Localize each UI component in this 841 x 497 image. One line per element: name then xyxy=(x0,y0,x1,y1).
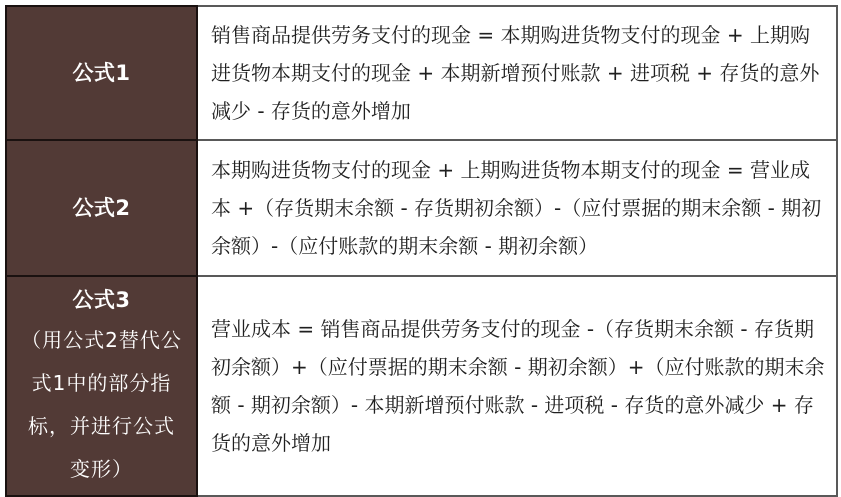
formula-1-text: 销售商品提供劳务支付的现金 = 本期购进货物支付的现金 + 上期购进货物本期支付… xyxy=(211,23,819,123)
formula-2-label: 公式2 xyxy=(21,189,182,227)
formula-3-text-cell: 营业成本 = 销售商品提供劳务支付的现金 -（存货期末余额 - 存货期初余额）+… xyxy=(197,276,837,496)
formula-2-label-cell: 公式2 xyxy=(6,140,197,276)
formula-3-label: 公式3 xyxy=(21,281,182,319)
formula-2-text-cell: 本期购进货物支付的现金 + 上期购进货物本期支付的现金 = 营业成本 +（存货期… xyxy=(197,140,837,276)
formula-2-text: 本期购进货物支付的现金 + 上期购进货物本期支付的现金 = 营业成本 +（存货期… xyxy=(211,158,821,258)
formula-1-label-cell: 公式1 xyxy=(6,6,197,140)
table-row-formula-2: 公式2 本期购进货物支付的现金 + 上期购进货物本期支付的现金 = 营业成本 +… xyxy=(6,140,837,276)
formula-3-label-cell: 公式3 （用公式2替代公式1中的部分指标，并进行公式变形） xyxy=(6,276,197,496)
page: 公式1 销售商品提供劳务支付的现金 = 本期购进货物支付的现金 + 上期购进货物… xyxy=(0,0,841,463)
formula-1-text-cell: 销售商品提供劳务支付的现金 = 本期购进货物支付的现金 + 上期购进货物本期支付… xyxy=(197,6,837,140)
formula-3-text: 营业成本 = 销售商品提供劳务支付的现金 -（存货期末余额 - 存货期初余额）+… xyxy=(211,317,824,455)
table-row-formula-3: 公式3 （用公式2替代公式1中的部分指标，并进行公式变形） 营业成本 = 销售商… xyxy=(6,276,837,496)
formula-1-label: 公式1 xyxy=(21,54,182,92)
table-row-formula-1: 公式1 销售商品提供劳务支付的现金 = 本期购进货物支付的现金 + 上期购进货物… xyxy=(6,6,837,140)
formula-3-note: （用公式2替代公式1中的部分指标，并进行公式变形） xyxy=(21,319,182,491)
formula-table: 公式1 销售商品提供劳务支付的现金 = 本期购进货物支付的现金 + 上期购进货物… xyxy=(5,5,838,497)
